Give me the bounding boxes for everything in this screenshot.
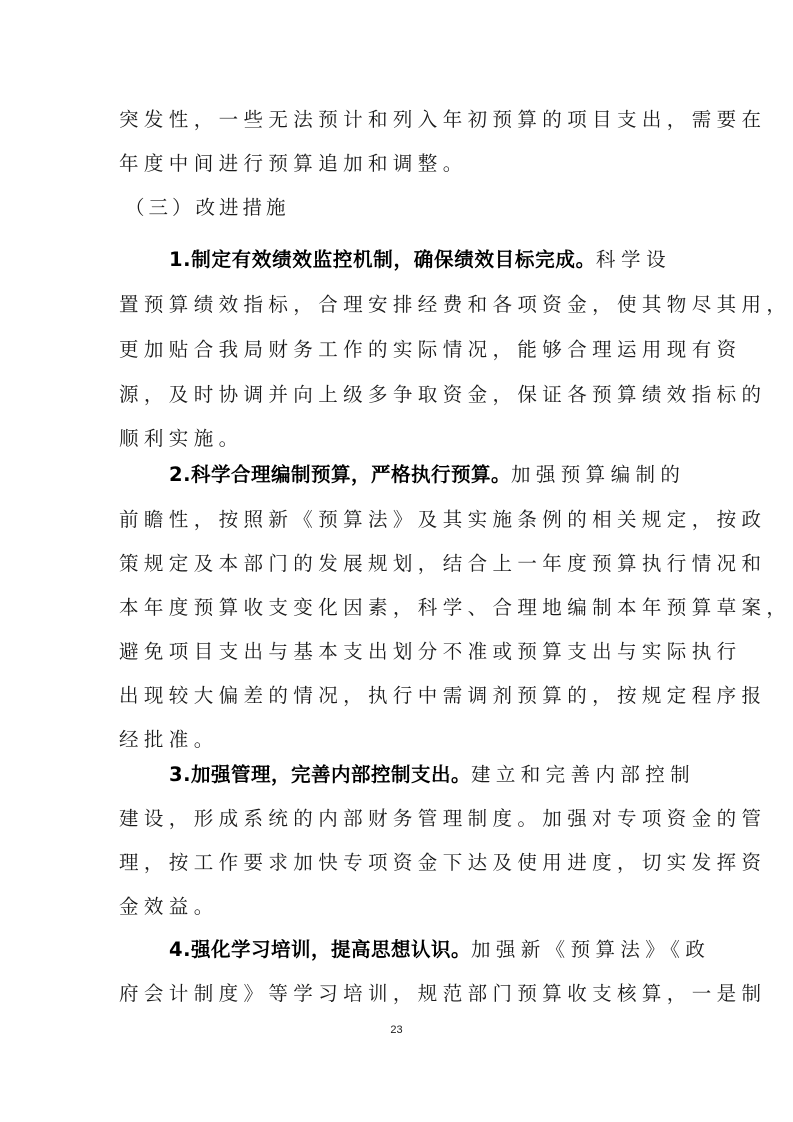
text-line: 建设，形成系统的内部财务管理制度。加强对专项资金的管 <box>119 804 671 834</box>
text-line: 避免项目支出与基本支出划分不准或预算支出与实际执行 <box>119 637 671 667</box>
section-heading: （三）改进措施 <box>125 193 677 223</box>
text-line: 本年度预算收支变化因素，科学、合理地编制本年预算草案， <box>119 593 671 623</box>
bold-lead: 2.科学合理编制预算，严格执行预算。 <box>169 463 511 486</box>
text-line: 顺利实施。 <box>119 424 671 454</box>
paragraph-first-line: 4.强化学习培训，提高思想认识。加强新《预算法》《政 <box>169 935 671 965</box>
text-line: 策规定及本部门的发展规划，结合上一年度预算执行情况和 <box>119 549 671 579</box>
text-line: 年度中间进行预算追加和调整。 <box>119 149 671 179</box>
paragraph-first-line: 3.加强管理，完善内部控制支出。建立和完善内部控制 <box>169 760 671 790</box>
bold-lead: 3.加强管理，完善内部控制支出。 <box>169 763 471 786</box>
text-span: 科学设 <box>596 248 671 271</box>
text-span: 加强预算编制的 <box>511 463 685 486</box>
page-number: 23 <box>0 1024 793 1036</box>
text-line: 突发性，一些无法预计和列入年初预算的项目支出，需要在 <box>119 105 671 135</box>
text-line: 置预算绩效指标，合理安排经费和各项资金，使其物尽其用， <box>119 290 671 320</box>
text-line: 金效益。 <box>119 892 671 922</box>
text-line: 理，按工作要求加快专项资金下达及使用进度，切实发挥资 <box>119 848 671 878</box>
text-line: 经批准。 <box>119 725 671 755</box>
text-line: 源，及时协调并向上级多争取资金，保证各预算绩效指标的 <box>119 380 671 410</box>
bold-lead: 4.强化学习培训，提高思想认识。 <box>169 938 471 961</box>
text-line: 前瞻性，按照新《预算法》及其实施条例的相关规定，按政 <box>119 505 671 535</box>
document-page: 突发性，一些无法预计和列入年初预算的项目支出，需要在 年度中间进行预算追加和调整… <box>0 0 793 1122</box>
bold-lead: 1.制定有效绩效监控机制，确保绩效目标完成。 <box>169 248 596 271</box>
text-line: 更加贴合我局财务工作的实际情况，能够合理运用现有资 <box>119 335 671 365</box>
paragraph-first-line: 2.科学合理编制预算，严格执行预算。加强预算编制的 <box>169 460 671 490</box>
text-line: 府会计制度》等学习培训，规范部门预算收支核算，一是制 <box>119 979 671 1009</box>
text-line: 出现较大偏差的情况，执行中需调剂预算的，按规定程序报 <box>119 681 671 711</box>
text-span: 建立和完善内部控制 <box>471 763 695 786</box>
paragraph-first-line: 1.制定有效绩效监控机制，确保绩效目标完成。科学设 <box>169 245 671 275</box>
text-span: 加强新《预算法》《政 <box>471 938 710 961</box>
